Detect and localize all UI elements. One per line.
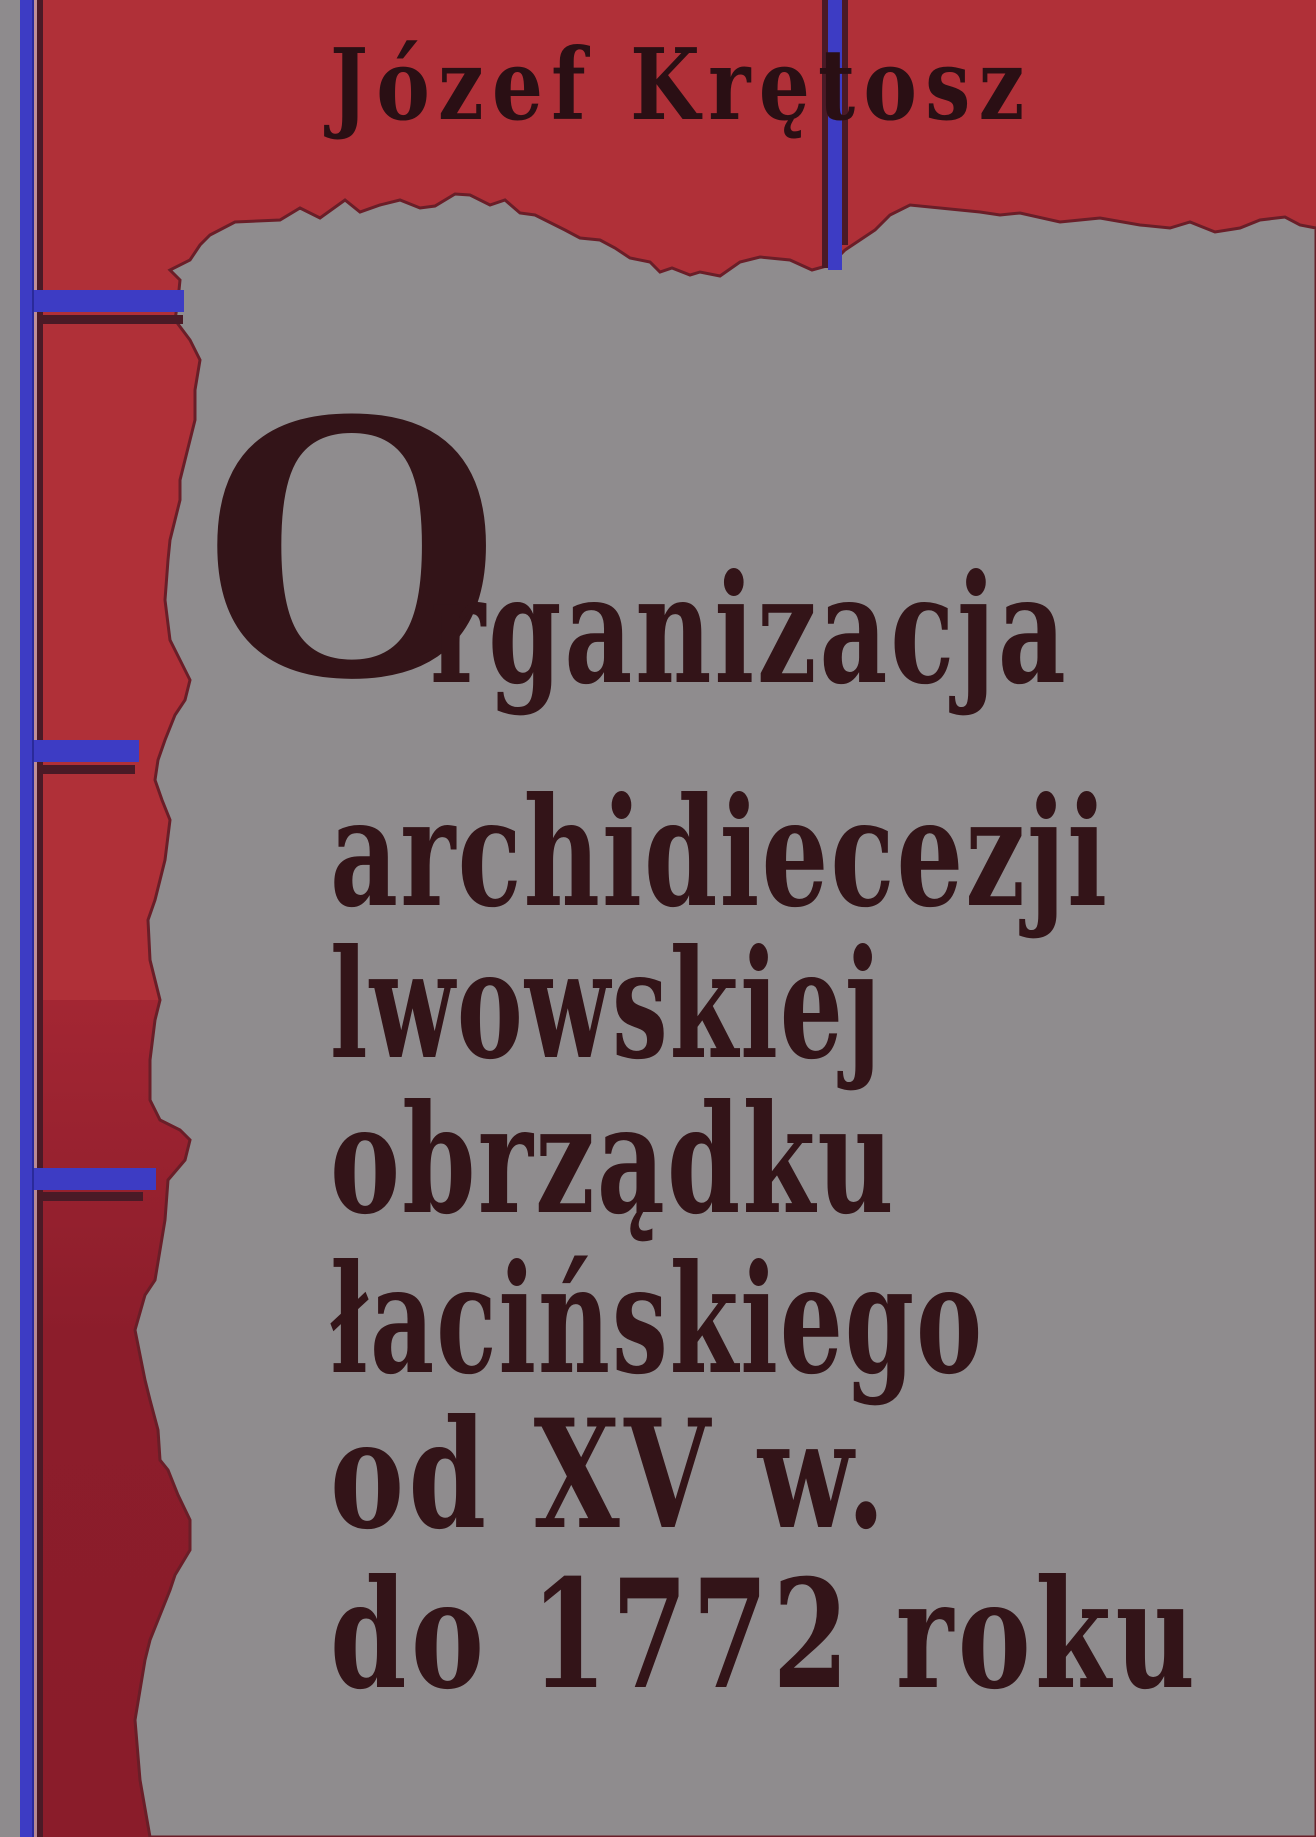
title-line-5: łacińskiego [330,1245,984,1395]
author-name: Józef Krętosz [330,28,1068,143]
vertical-dark-stripe [37,0,43,1837]
book-cover: Józef Krętosz O rganizacja archidiecezji… [0,0,1316,1837]
title-line-6: od XV w. [330,1400,890,1550]
title-line-1: rganizacja [430,555,1069,705]
title-line-7: do 1772 roku [330,1560,1199,1710]
horizontal-dark-stripe-3 [43,1192,143,1201]
horizontal-blue-stripe-1 [34,290,184,312]
horizontal-blue-stripe-3 [34,1168,156,1190]
title-line-4: obrządku [330,1085,896,1235]
title-line-2: archidiecezji [330,778,1109,928]
vertical-blue-stripe [20,0,34,1837]
horizontal-dark-stripe-2 [43,765,135,774]
horizontal-blue-stripe-2 [34,740,139,762]
horizontal-dark-stripe-1 [43,315,183,324]
title-line-3: lwowskiej [330,930,883,1080]
